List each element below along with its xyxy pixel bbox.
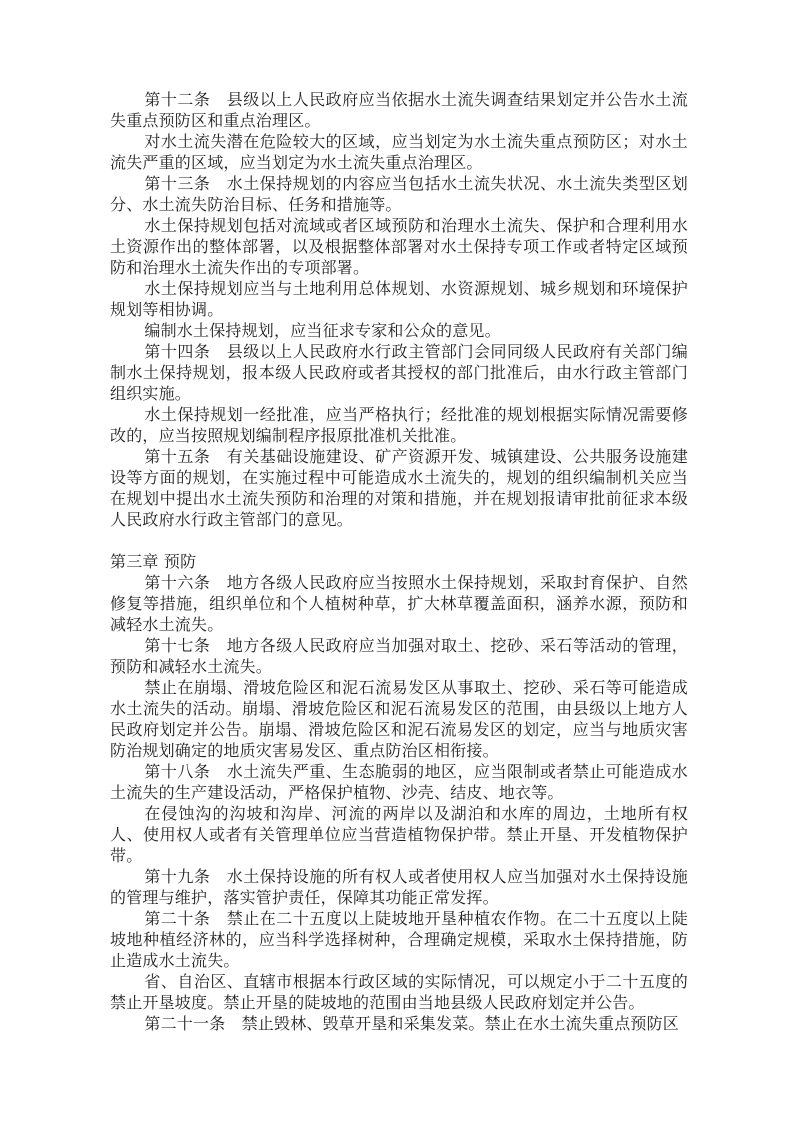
law-article-paragraph: 第十九条 水土保持设施的所有权人或者使用权人应当加强对水土保持设施的管理与维护，… bbox=[110, 866, 688, 908]
law-article-paragraph: 省、自治区、直辖市根据本行政区域的实际情况，可以规定小于二十五度的禁止开垦坡度。… bbox=[110, 971, 688, 1013]
law-article-paragraph: 对水土流失潜在危险较大的区域，应当划定为水土流失重点预防区；对水土流失严重的区域… bbox=[110, 131, 688, 173]
law-article-paragraph: 第十二条 县级以上人民政府应当依据水土流失调查结果划定并公告水土流失重点预防区和… bbox=[110, 89, 688, 131]
document-page: 第十二条 县级以上人民政府应当依据水土流失调查结果划定并公告水土流失重点预防区和… bbox=[0, 0, 793, 1122]
law-article-paragraph: 编制水土保持规划，应当征求专家和公众的意见。 bbox=[110, 320, 688, 341]
law-article-paragraph: 禁止在崩塌、滑坡危险区和泥石流易发区从事取土、挖砂、采石等可能造成水土流失的活动… bbox=[110, 677, 688, 761]
law-article-paragraph: 水土保持规划包括对流域或者区域预防和治理水土流失、保护和合理利用水土资源作出的整… bbox=[110, 215, 688, 278]
law-article-paragraph: 第十四条 县级以上人民政府水行政主管部门会同同级人民政府有关部门编制水土保持规划… bbox=[110, 341, 688, 404]
law-article-paragraph: 第十五条 有关基础设施建设、矿产资源开发、城镇建设、公共服务设施建设等方面的规划… bbox=[110, 446, 688, 530]
document-text-block: 第十二条 县级以上人民政府应当依据水土流失调查结果划定并公告水土流失重点预防区和… bbox=[110, 89, 688, 1034]
law-article-paragraph: 第二十一条 禁止毁林、毁草开垦和采集发菜。禁止在水土流失重点预防区 bbox=[110, 1013, 688, 1034]
law-article-paragraph: 第十八条 水土流失严重、生态脆弱的地区，应当限制或者禁止可能造成水土流失的生产建… bbox=[110, 761, 688, 803]
law-article-paragraph: 水土保持规划应当与土地利用总体规划、水资源规划、城乡规划和环境保护规划等相协调。 bbox=[110, 278, 688, 320]
chapter-heading: 第三章 预防 bbox=[110, 551, 688, 572]
law-article-paragraph: 第十三条 水土保持规划的内容应当包括水土流失状况、水土流失类型区划分、水土流失防… bbox=[110, 173, 688, 215]
law-article-paragraph: 在侵蚀沟的沟坡和沟岸、河流的两岸以及湖泊和水库的周边，土地所有权人、使用权人或者… bbox=[110, 803, 688, 866]
law-article-paragraph: 第十六条 地方各级人民政府应当按照水土保持规划，采取封育保护、自然修复等措施，组… bbox=[110, 572, 688, 635]
law-article-paragraph: 水土保持规划一经批准，应当严格执行；经批准的规划根据实际情况需要修改的，应当按照… bbox=[110, 404, 688, 446]
law-article-paragraph: 第二十条 禁止在二十五度以上陡坡地开垦种植农作物。在二十五度以上陡坡地种植经济林… bbox=[110, 908, 688, 971]
law-article-paragraph: 第十七条 地方各级人民政府应当加强对取土、挖砂、采石等活动的管理，预防和减轻水土… bbox=[110, 635, 688, 677]
